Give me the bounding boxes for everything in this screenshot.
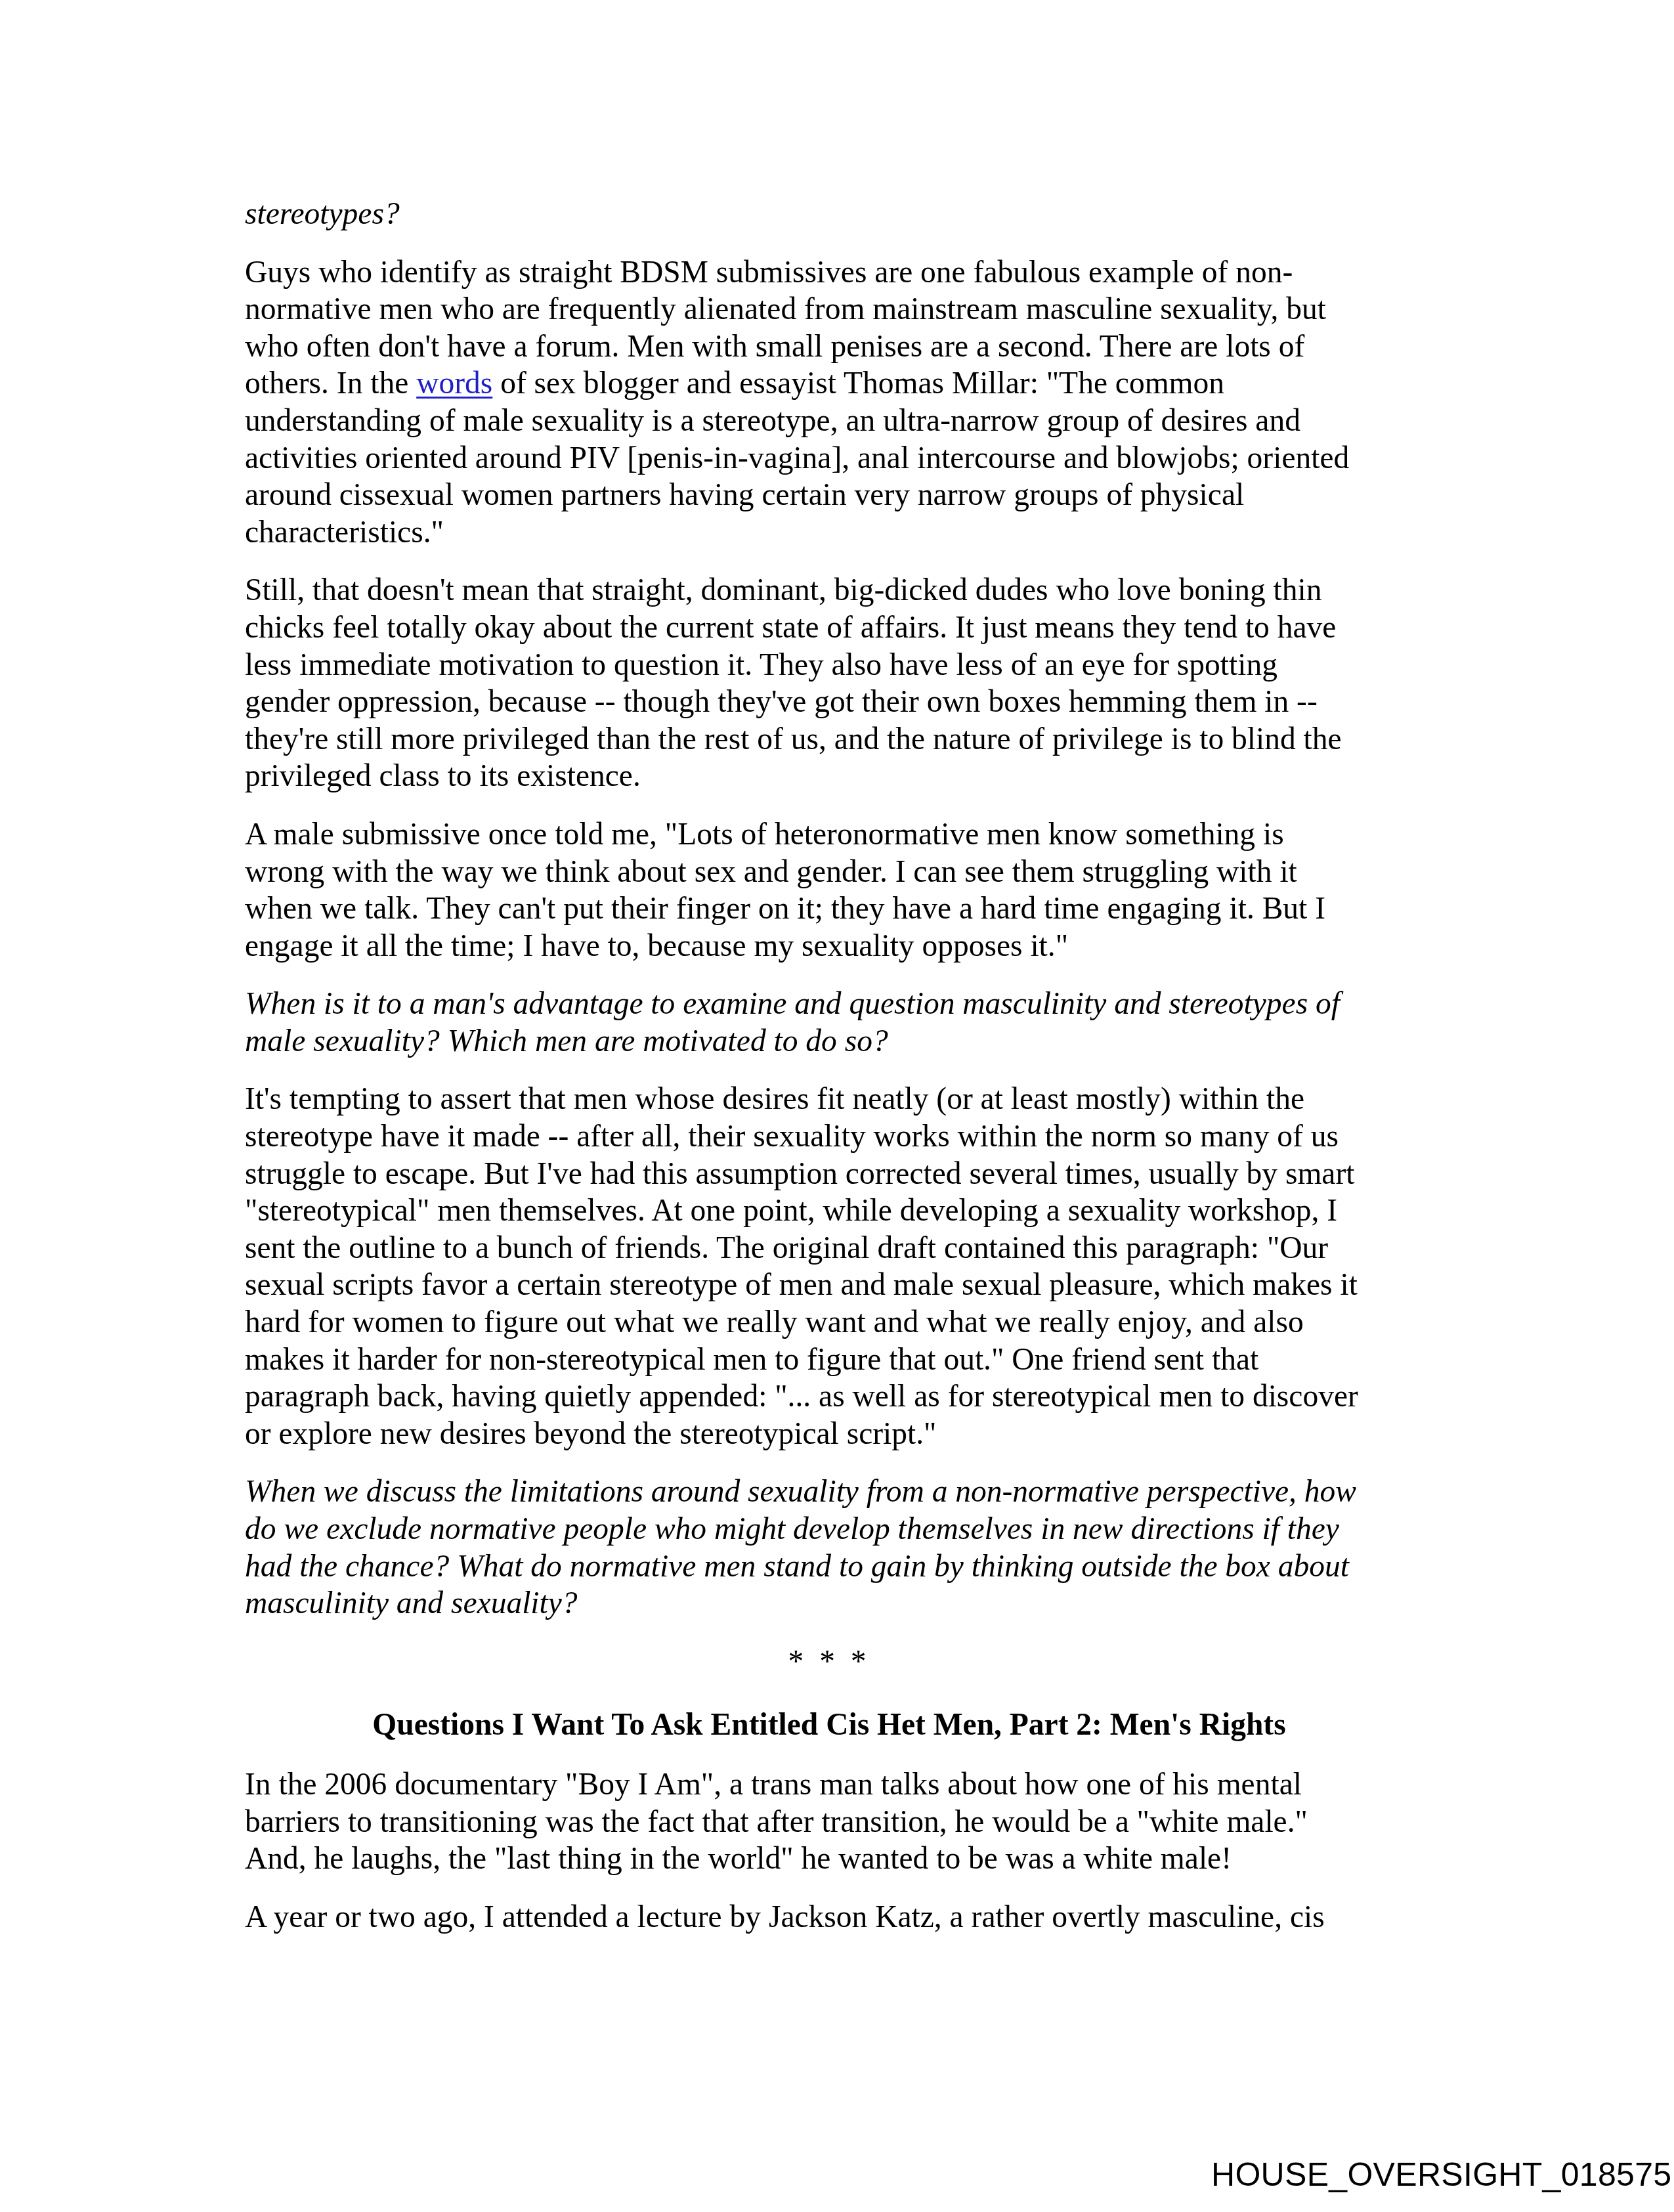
text-line: activities oriented around PIV [penis-in… xyxy=(245,440,1413,477)
text-line: A male submissive once told me, "Lots of… xyxy=(245,816,1413,854)
text-line: had the chance? What do normative men st… xyxy=(245,1548,1413,1586)
text-line: normative men who are frequently alienat… xyxy=(245,291,1413,328)
text-line: engage it all the time; I have to, becau… xyxy=(245,928,1413,965)
document-body: stereotypes? Guys who identify as straig… xyxy=(245,196,1413,1957)
text-line: masculinity and sexuality? xyxy=(245,1585,1413,1622)
paragraph-privilege: Still, that doesn't mean that straight, … xyxy=(245,572,1413,795)
text-line: less immediate motivation to question it… xyxy=(245,647,1413,684)
text-line: stereotype have it made -- after all, th… xyxy=(245,1118,1413,1156)
text-line: who often don't have a forum. Men with s… xyxy=(245,328,1413,366)
text-line: when we talk. They can't put their finge… xyxy=(245,890,1413,928)
italic-question-normative: When we discuss the limitations around s… xyxy=(245,1473,1413,1622)
text-line: Still, that doesn't mean that straight, … xyxy=(245,572,1413,609)
text-line: understanding of male sexuality is a ste… xyxy=(245,402,1413,440)
text-line: gender oppression, because -- though the… xyxy=(245,683,1413,721)
text-segment: others. In the xyxy=(245,366,416,401)
text-line: struggle to escape. But I've had this as… xyxy=(245,1156,1413,1193)
text-line: privileged class to its existence. xyxy=(245,758,1413,795)
text-line: And, he laughs, the "last thing in the w… xyxy=(245,1840,1413,1878)
words-link[interactable]: words xyxy=(416,366,492,401)
section-heading: Questions I Want To Ask Entitled Cis Het… xyxy=(245,1706,1413,1744)
paragraph-bdsm-submissives: Guys who identify as straight BDSM submi… xyxy=(245,254,1413,552)
text-line: characteristics." xyxy=(245,514,1413,552)
text-line: or explore new desires beyond the stereo… xyxy=(245,1416,1413,1453)
text-line: they're still more privileged than the r… xyxy=(245,721,1413,758)
text-line: It's tempting to assert that men whose d… xyxy=(245,1081,1413,1118)
text-line: around cissexual women partners having c… xyxy=(245,477,1413,514)
text-line: sent the outline to a bunch of friends. … xyxy=(245,1230,1413,1267)
document-id-footer: HOUSE_OVERSIGHT_018575 xyxy=(1211,2155,1671,2194)
paragraph-boy-i-am: In the 2006 documentary "Boy I Am", a tr… xyxy=(245,1766,1413,1878)
text-line: chicks feel totally okay about the curre… xyxy=(245,609,1413,647)
text-line: sexual scripts favor a certain stereotyp… xyxy=(245,1267,1413,1304)
italic-question-advantage: When is it to a man's advantage to exami… xyxy=(245,986,1413,1060)
text-line: A year or two ago, I attended a lecture … xyxy=(245,1899,1413,1936)
text-line-with-link: others. In the words of sex blogger and … xyxy=(245,365,1413,402)
text-line: barriers to transitioning was the fact t… xyxy=(245,1804,1413,1841)
text-line: When is it to a man's advantage to exami… xyxy=(245,986,1413,1023)
section-separator: * * * xyxy=(245,1643,1413,1681)
text-line: makes it harder for non-stereotypical me… xyxy=(245,1341,1413,1379)
paragraph-stereotypical-men: It's tempting to assert that men whose d… xyxy=(245,1081,1413,1452)
text-line: Guys who identify as straight BDSM submi… xyxy=(245,254,1413,292)
text-line: In the 2006 documentary "Boy I Am", a tr… xyxy=(245,1766,1413,1804)
text-line: do we exclude normative people who might… xyxy=(245,1511,1413,1548)
italic-question-fragment: stereotypes? xyxy=(245,196,1413,233)
text-segment: of sex blogger and essayist Thomas Milla… xyxy=(492,366,1224,401)
text-line: When we discuss the limitations around s… xyxy=(245,1473,1413,1511)
text-line: paragraph back, having quietly appended:… xyxy=(245,1378,1413,1416)
text-line: wrong with the way we think about sex an… xyxy=(245,854,1413,891)
text-line: stereotypes? xyxy=(245,196,1413,233)
paragraph-jackson-katz: A year or two ago, I attended a lecture … xyxy=(245,1899,1413,1936)
text-line: "stereotypical" men themselves. At one p… xyxy=(245,1192,1413,1230)
text-line: hard for women to figure out what we rea… xyxy=(245,1304,1413,1341)
text-line: male sexuality? Which men are motivated … xyxy=(245,1023,1413,1060)
paragraph-male-submissive-quote: A male submissive once told me, "Lots of… xyxy=(245,816,1413,965)
